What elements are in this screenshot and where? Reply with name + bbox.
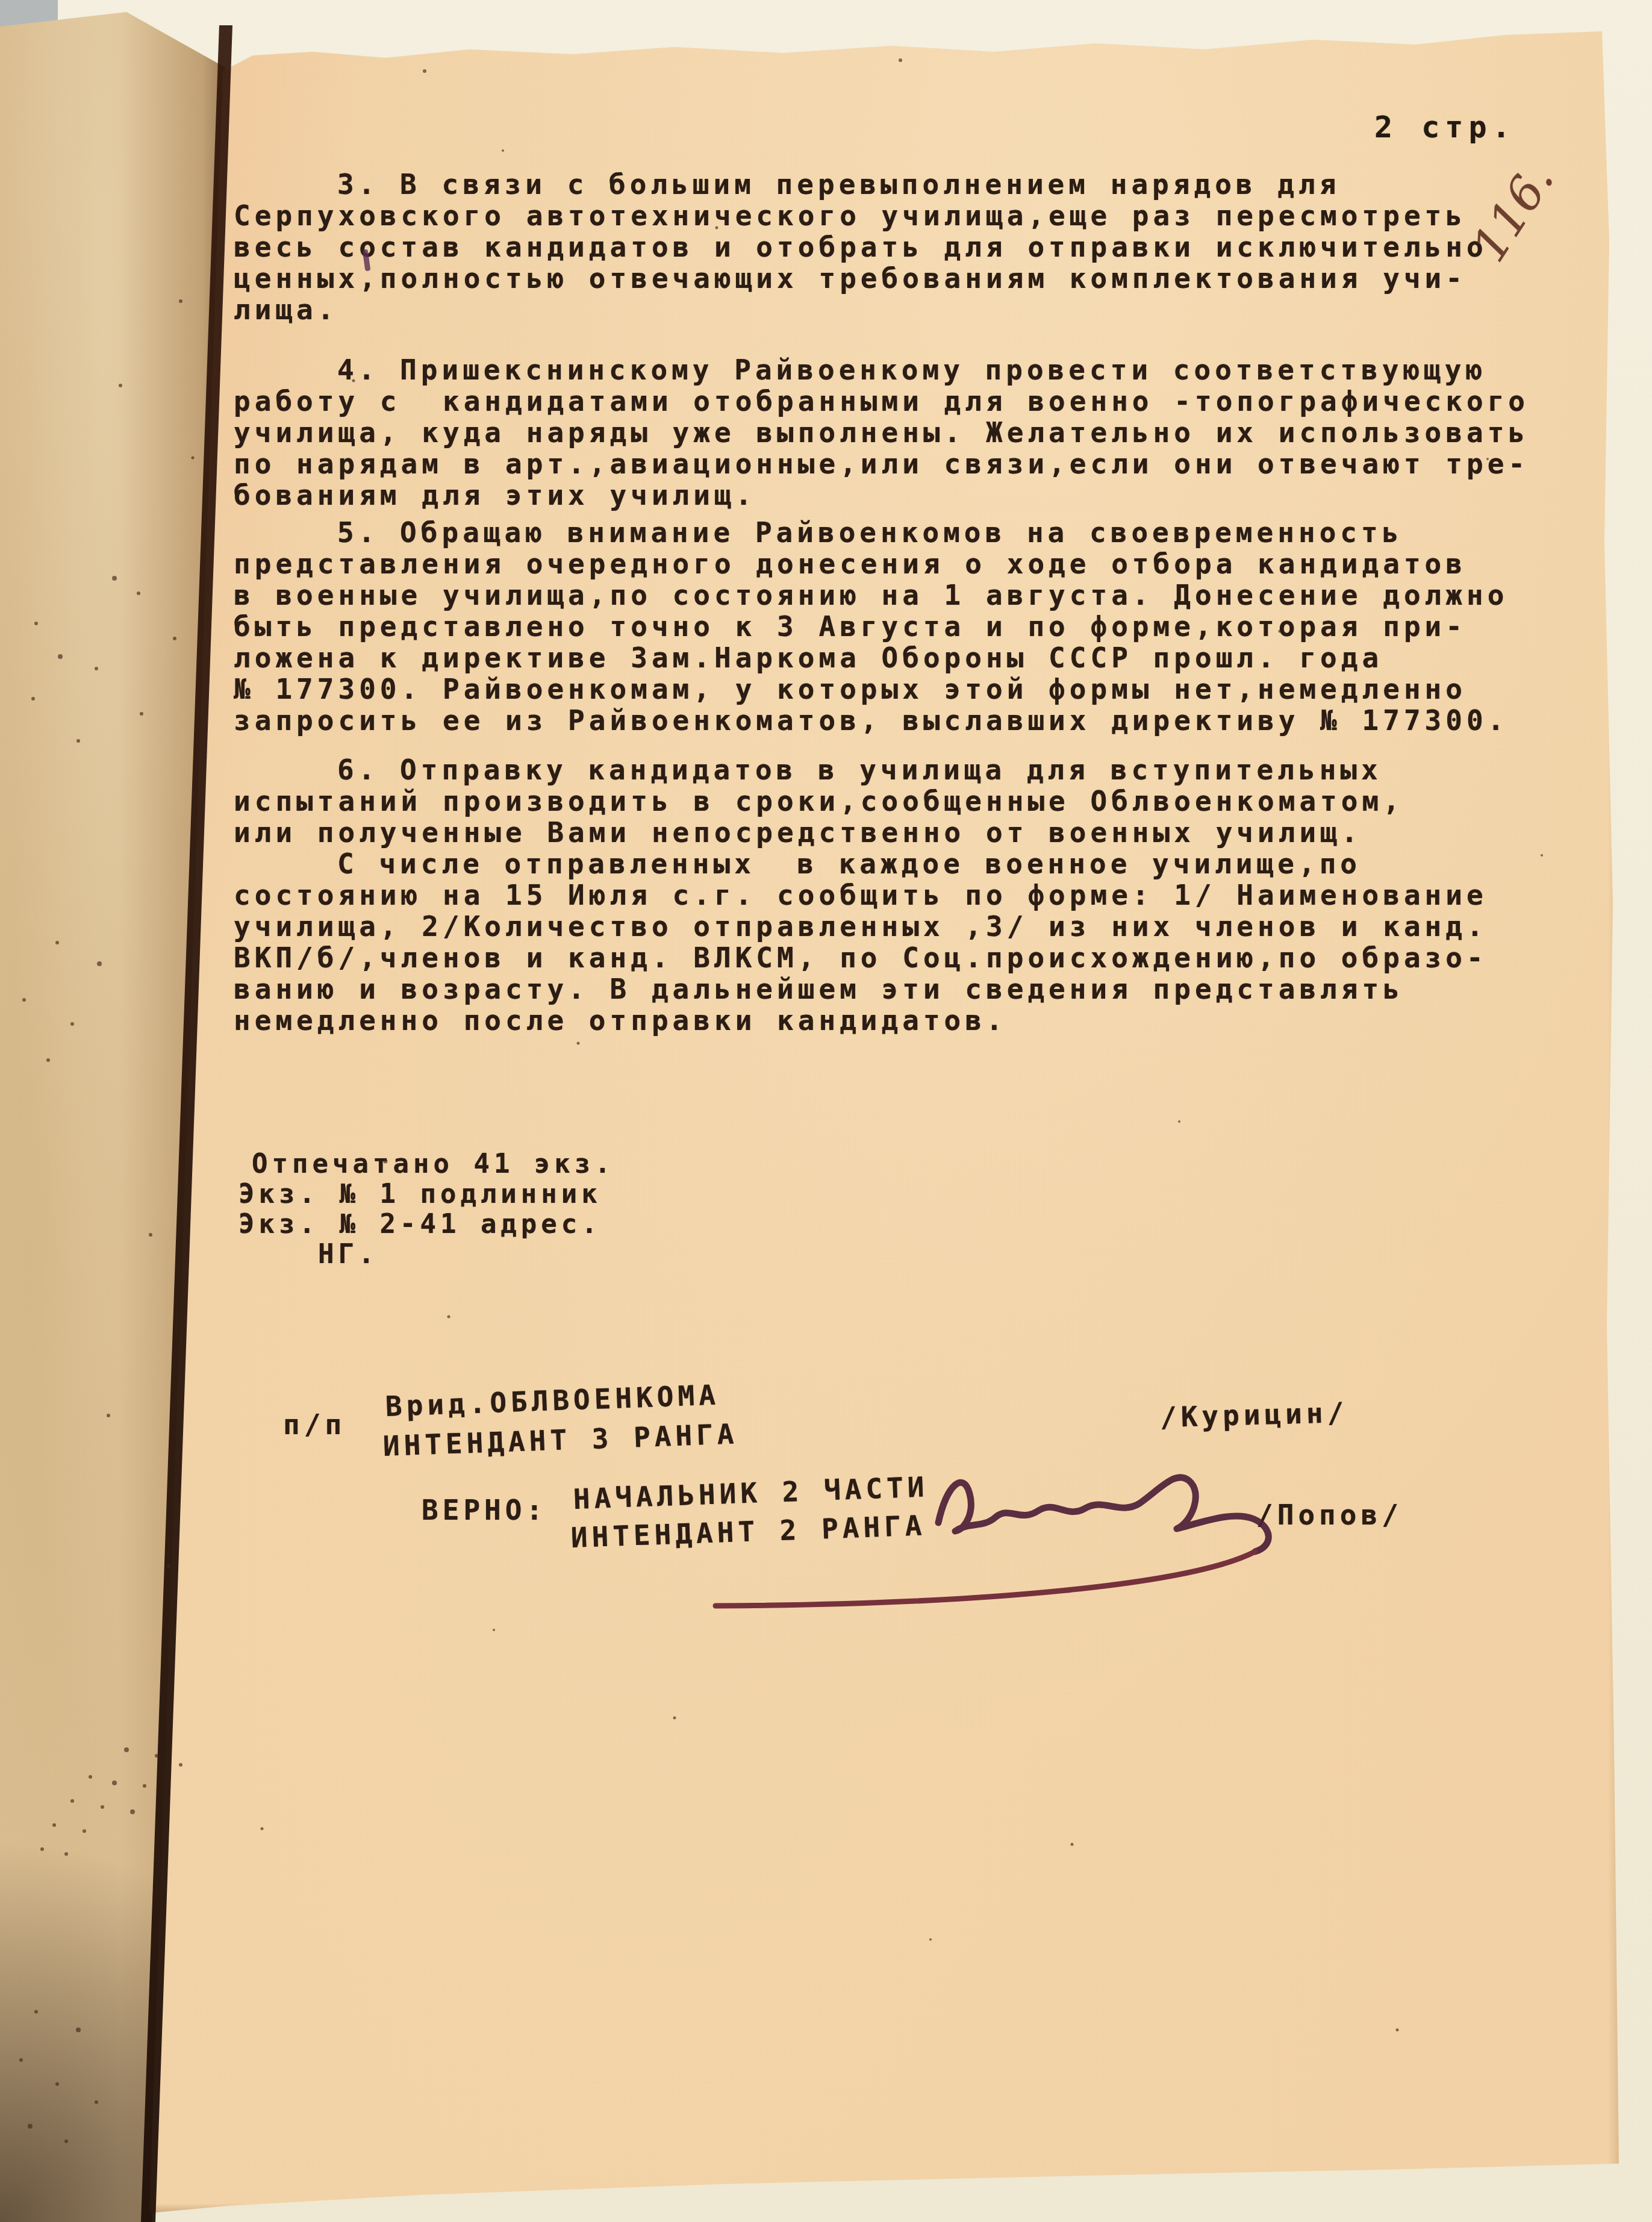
- typed-line: бованиям для этих училищ.: [234, 479, 1535, 511]
- scanned-book-photo: 2 стр. 3. В связи с большим перевыполнен…: [0, 0, 1652, 2222]
- typed-line: немедленно после отправки кандидатов.: [234, 1005, 1535, 1036]
- typed-line: весь состав кандидатов и отобрать для от…: [234, 231, 1535, 263]
- paragraph-4: 4. Пришекснинскому Райвоенкому провести …: [234, 354, 1535, 511]
- typed-line: или полученные Вами непосредственно от в…: [234, 817, 1535, 848]
- typed-line: работу с кандидатами отобранными для вое…: [234, 385, 1535, 417]
- typed-line: запросить ее из Райвоенкоматов, выславши…: [234, 705, 1535, 736]
- typed-line: С числе отправленных в каждое военное уч…: [234, 848, 1535, 879]
- signer1-role-line1: Врид.ОБЛВОЕНКОМА: [385, 1379, 720, 1423]
- certified-label: ВЕРНО:: [422, 1494, 547, 1526]
- typed-line: лища.: [234, 294, 1535, 325]
- pp-mark: п/п: [283, 1408, 346, 1441]
- typed-line: ложена к директиве Зам.Наркома Обороны С…: [234, 642, 1535, 673]
- typed-line: Отпечатано 41 экз.: [238, 1149, 615, 1179]
- signer1-role-line2: ИНТЕНДАНТ 3 РАНГА: [382, 1417, 738, 1462]
- typed-line: 4. Пришекснинскому Райвоенкому провести …: [234, 354, 1535, 385]
- paragraph-6-continued: С числе отправленных в каждое военное уч…: [234, 848, 1535, 1036]
- typed-line: 6. Отправку кандидатов в училища для вст…: [234, 754, 1535, 785]
- typed-line: Экз. № 1 подлинник: [238, 1179, 615, 1209]
- typed-line: НГ.: [238, 1240, 615, 1270]
- typed-line: быть представлено точно к 3 Августа и по…: [234, 611, 1535, 642]
- signer1-name: /Курицин/: [1159, 1396, 1348, 1434]
- typed-line: 5. Обращаю внимание Райвоенкомов на свое…: [234, 517, 1535, 548]
- paragraph-3: 3. В связи с большим перевыполнением нар…: [234, 169, 1535, 325]
- signer2-role-line2: ИНТЕНДАНТ 2 РАНГА: [570, 1509, 926, 1554]
- typed-line: Экз. № 2-41 адрес.: [238, 1209, 615, 1240]
- typed-line: в военные училища,по состоянию на 1 авгу…: [234, 579, 1535, 611]
- typed-line: представления очередного донесения о ход…: [234, 548, 1535, 579]
- document-page: 2 стр. 3. В связи с большим перевыполнен…: [0, 0, 1621, 2215]
- typed-line: по нарядам в арт.,авиационные,или связи,…: [234, 448, 1535, 479]
- typed-line: ВКП/б/,членов и канд. ВЛКСМ, по Соц.прои…: [234, 942, 1535, 973]
- page-number-typed: 2 стр.: [1374, 110, 1516, 145]
- typed-line: училища, куда наряды уже выполнены. Жела…: [234, 417, 1535, 448]
- typed-line: училища, 2/Количество отправленных ,3/ и…: [234, 911, 1535, 942]
- signer2-role-line1: НАЧАЛЬНИК 2 ЧАСТИ: [573, 1470, 929, 1515]
- typed-line: ванию и возрасту. В дальнейшем эти сведе…: [234, 973, 1535, 1005]
- typed-line: 3. В связи с большим перевыполнением нар…: [234, 169, 1535, 200]
- typed-line: испытаний производить в сроки,сообщенные…: [234, 785, 1535, 817]
- signer2-name: /Попов/: [1256, 1499, 1403, 1531]
- typed-line: состоянию на 15 Июля с.г. сообщить по фо…: [234, 879, 1535, 911]
- typed-line: ценных,полностью отвечающих требованиям …: [234, 263, 1535, 294]
- typed-line: № 177300. Райвоенкомам, у которых этой ф…: [234, 673, 1535, 705]
- print-run-block: Отпечатано 41 экз. Экз. № 1 подлинник Эк…: [238, 1149, 615, 1270]
- typed-line: Серпуховского автотехнического училища,е…: [234, 200, 1535, 231]
- paragraph-6: 6. Отправку кандидатов в училища для вст…: [234, 754, 1535, 848]
- paragraph-5: 5. Обращаю внимание Райвоенкомов на свое…: [234, 517, 1535, 736]
